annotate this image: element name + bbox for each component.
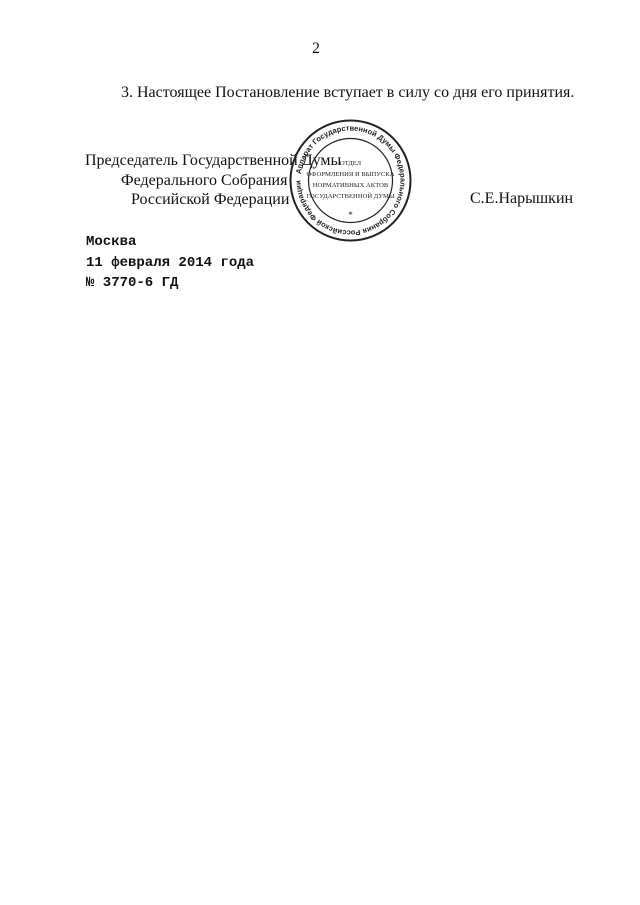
footer-date: 11 февраля 2014 года [86,255,254,271]
footer-city: Москва [86,234,136,250]
paragraph-3: 3. Настоящее Постановление вступает в си… [121,84,574,102]
stamp-line-4: ГОСУДАРСТВЕННОЙ ДУМЫ [306,192,394,200]
stamp-line-1: ОТДЕЛ [340,160,362,167]
stamp-star: * [348,210,353,220]
signer-name: С.Е.Нарышкин [470,190,573,208]
stamp-line-2: ОФОРМЛЕНИЯ И ВЫПУСКА [306,171,394,178]
stamp-outer-text: Аппарат Государственной Думы Федеральног… [293,123,407,237]
stamp-seal-icon: Аппарат Государственной Думы Федеральног… [288,118,413,243]
stamp-line-3: НОРМАТИВНЫХ АКТОВ [313,182,389,189]
official-stamp: Аппарат Государственной Думы Федеральног… [288,118,413,243]
svg-text:Аппарат Государственной Думы Ф: Аппарат Государственной Думы Федеральног… [293,123,407,237]
footer-number: № 3770-6 ГД [86,275,178,291]
page-number: 2 [312,40,320,58]
signer-title-line-3: Российской Федерации [131,191,289,209]
signer-title-line-2: Федерального Собрания [121,172,287,190]
